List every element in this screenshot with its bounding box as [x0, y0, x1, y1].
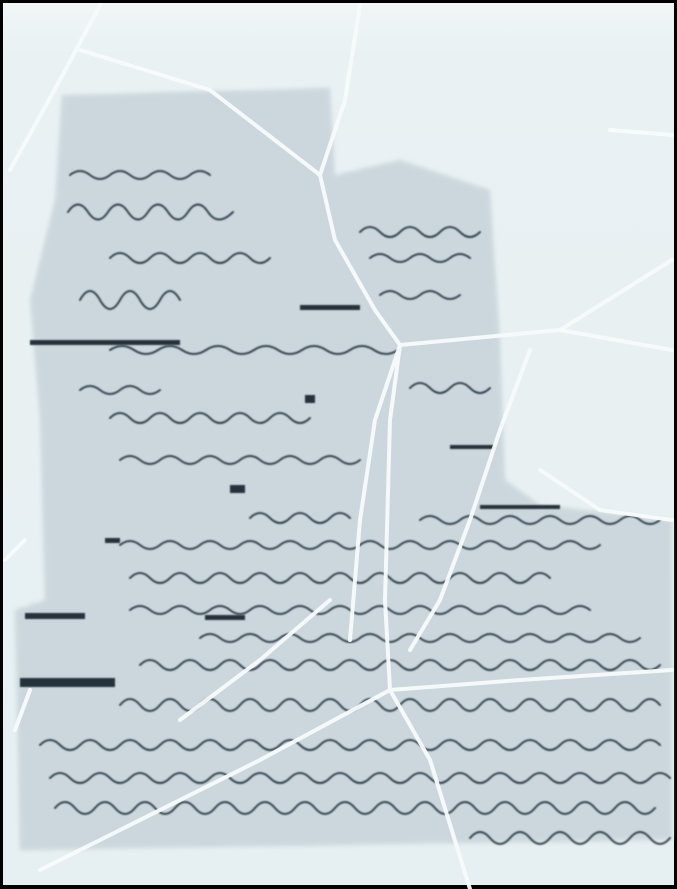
papyrus-fragment [15, 88, 672, 850]
photo-frame [0, 0, 677, 889]
papyrus-photo [0, 0, 677, 889]
